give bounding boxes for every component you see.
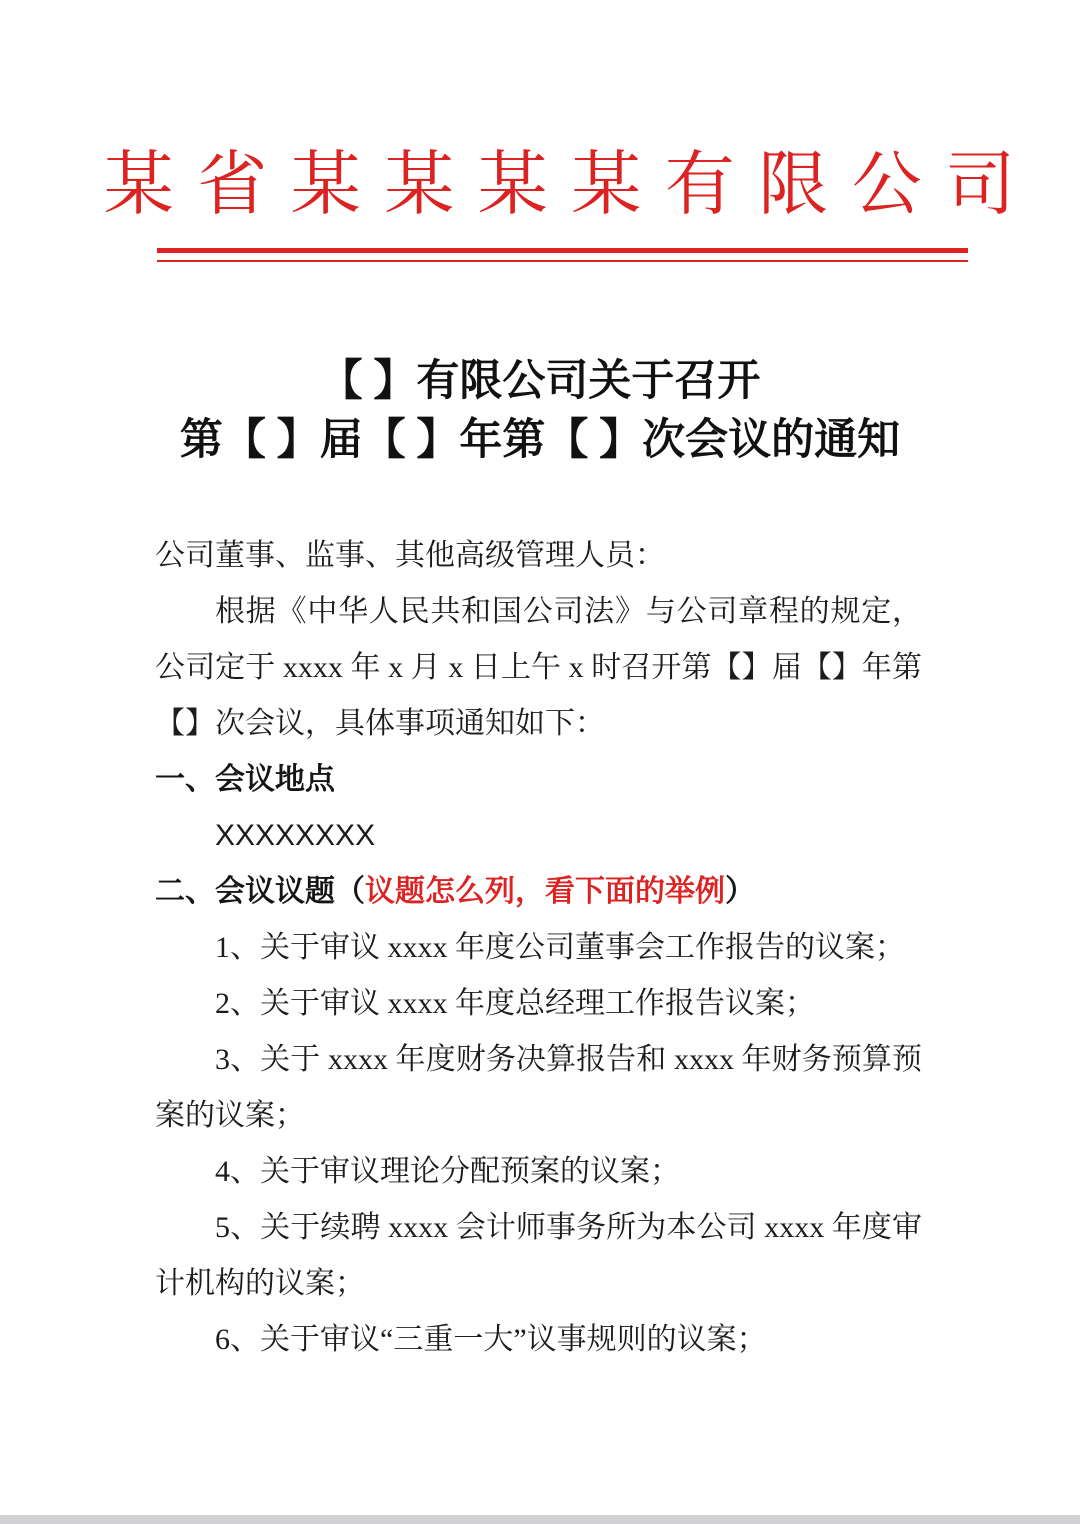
document-body: 公司董事、监事、其他高级管理人员： 根据《中华人民共和国公司法》与公司章程的规定…: [0, 528, 1080, 1368]
section-2-note-close-paren: ）: [725, 875, 755, 908]
divider-thin-line: [157, 260, 968, 262]
agenda-item-5: 5、关于续聘 xxxx 会计师事务所为本公司 xxxx 年度审计机构的议案；: [155, 1200, 922, 1312]
agenda-item-1: 1、关于审议 xxxx 年度公司董事会工作报告的议案；: [155, 920, 922, 976]
agenda-item-3: 3、关于 xxxx 年度财务决算报告和 xxxx 年财务预算预案的议案；: [155, 1032, 922, 1144]
agenda-item-2: 2、关于审议 xxxx 年度总经理工作报告议案；: [155, 976, 922, 1032]
section-2-note-text: 议题怎么列，看下面的举例: [365, 875, 725, 908]
intro-paragraph: 根据《中华人民共和国公司法》与公司章程的规定，公司定于 xxxx 年 x 月 x…: [155, 584, 922, 752]
document-title: 【 】有限公司关于召开 第【 】届【 】年第【 】次会议的通知: [0, 352, 1080, 470]
divider-thick-line: [157, 248, 968, 253]
section-2-note-open-paren: （: [335, 875, 365, 908]
document-title-line2: 第【 】届【 】年第【 】次会议的通知: [0, 411, 1080, 470]
salutation: 公司董事、监事、其他高级管理人员：: [155, 528, 922, 584]
section-1-placeholder-value: XXXXXXXX: [155, 808, 922, 864]
agenda-item-4: 4、关于审议理论分配预案的议案；: [155, 1144, 922, 1200]
header-divider: [157, 248, 968, 262]
section-1-heading: 一、会议地点: [155, 752, 922, 808]
document-page: 某 省 某 某 某 某 有 限 公 司 【 】有限公司关于召开 第【 】届【 】…: [0, 0, 1080, 1524]
section-2-heading: 二、会议议题（议题怎么列，看下面的举例）: [155, 864, 922, 920]
section-2-heading-label: 二、会议议题: [155, 875, 335, 908]
company-header-title: 某 省 某 某 某 某 有 限 公 司: [0, 148, 1080, 224]
agenda-item-6: 6、关于审议“三重一大”议事规则的议案；: [155, 1312, 922, 1368]
bottom-bar: [0, 1515, 1080, 1524]
document-title-line1: 【 】有限公司关于召开: [0, 352, 1080, 411]
